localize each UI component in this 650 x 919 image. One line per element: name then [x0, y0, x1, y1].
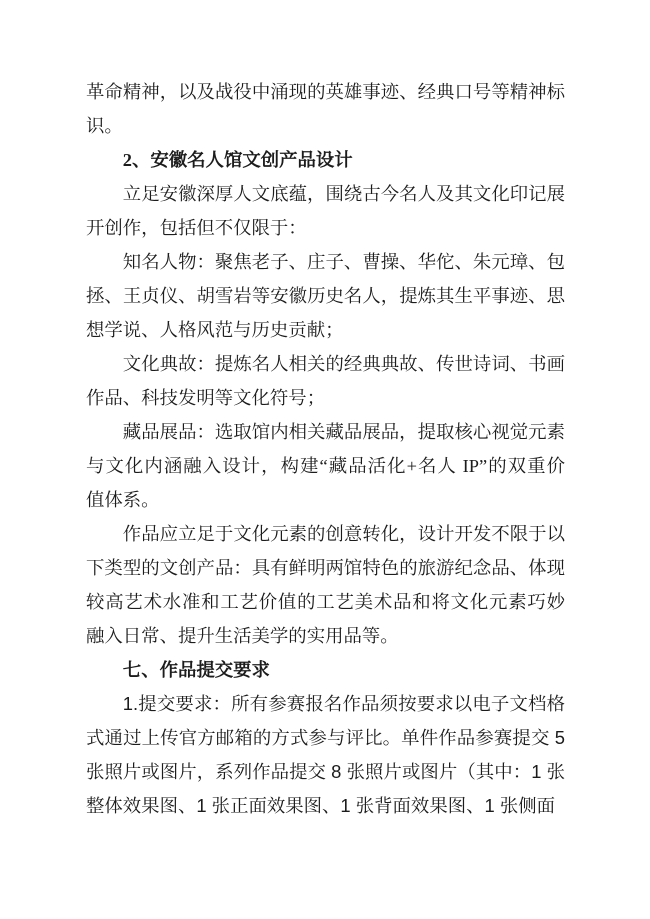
text-line: 识。: [86, 109, 565, 143]
text-line: 作品应立足于文化元素的创意转化，设计开发不限于以: [86, 517, 565, 551]
text-line: 融入日常、提升生活美学的实用品等。: [86, 619, 565, 653]
paragraph-zhiming-renwu: 知名人物：聚焦老子、庄子、曹操、华佗、朱元璋、包拯、王贞仪、胡雪岩等安徽历史名人…: [86, 245, 565, 347]
text-line: 七、作品提交要求: [86, 653, 565, 687]
text-line: 想学说、人格风范与历史贡献；: [86, 313, 565, 347]
document-body: 革命精神，以及战役中涌现的英雄事迹、经典口号等精神标识。2、安徽名人馆文创产品设…: [86, 75, 565, 823]
text-line: 立足安徽深厚人文底蕴，围绕古今名人及其文化印记展: [86, 177, 565, 211]
text-line: 整体效果图、1 张正面效果图、1 张背面效果图、1 张侧面效: [86, 789, 565, 823]
text-line: 较高艺术水准和工艺价值的工艺美术品和将文化元素巧妙: [86, 585, 565, 619]
text-line: 2、安徽名人馆文创产品设计: [86, 143, 565, 177]
text-line: 下类型的文创产品：具有鲜明两馆特色的旅游纪念品、体现: [86, 551, 565, 585]
text-line: 藏品展品：选取馆内相关藏品展品，提取核心视觉元素: [86, 415, 565, 449]
section-heading-anhui-mingrenguan: 2、安徽名人馆文创产品设计: [86, 143, 565, 177]
text-line: 开创作，包括但不仅限于：: [86, 211, 565, 245]
text-line: 革命精神，以及战役中涌现的英雄事迹、经典口号等精神标: [86, 75, 565, 109]
paragraph-cangpin-zhanpin: 藏品展品：选取馆内相关藏品展品，提取核心视觉元素与文化内涵融入设计，构建“藏品活…: [86, 415, 565, 517]
section-heading-tijiao-yaoqiu: 七、作品提交要求: [86, 653, 565, 687]
text-line: 与文化内涵融入设计，构建“藏品活化+名人 IP”的双重价: [86, 449, 565, 483]
paragraph-continuation: 革命精神，以及战役中涌现的英雄事迹、经典口号等精神标识。: [86, 75, 565, 143]
paragraph-tijiao-yaoqiu: 1.提交要求：所有参赛报名作品须按要求以电子文档格式通过上传官方邮箱的方式参与评…: [86, 687, 565, 823]
document-page: 革命精神，以及战役中涌现的英雄事迹、经典口号等精神标识。2、安徽名人馆文创产品设…: [0, 0, 650, 919]
text-line: 知名人物：聚焦老子、庄子、曹操、华佗、朱元璋、包: [86, 245, 565, 279]
paragraph-intro: 立足安徽深厚人文底蕴，围绕古今名人及其文化印记展开创作，包括但不仅限于：: [86, 177, 565, 245]
text-line: 式通过上传官方邮箱的方式参与评比。单件作品参赛提交 5: [86, 721, 565, 755]
paragraph-zuopin-yaoqiu: 作品应立足于文化元素的创意转化，设计开发不限于以下类型的文创产品：具有鲜明两馆特…: [86, 517, 565, 653]
text-line: 张照片或图片，系列作品提交 8 张照片或图片（其中：1 张: [86, 755, 565, 789]
text-line: 文化典故：提炼名人相关的经典典故、传世诗词、书画: [86, 347, 565, 381]
paragraph-wenhua-diangu: 文化典故：提炼名人相关的经典典故、传世诗词、书画作品、科技发明等文化符号；: [86, 347, 565, 415]
text-line: 值体系。: [86, 483, 565, 517]
text-line: 作品、科技发明等文化符号；: [86, 381, 565, 415]
text-line: 1.提交要求：所有参赛报名作品须按要求以电子文档格: [86, 687, 565, 721]
text-line: 拯、王贞仪、胡雪岩等安徽历史名人，提炼其生平事迹、思: [86, 279, 565, 313]
